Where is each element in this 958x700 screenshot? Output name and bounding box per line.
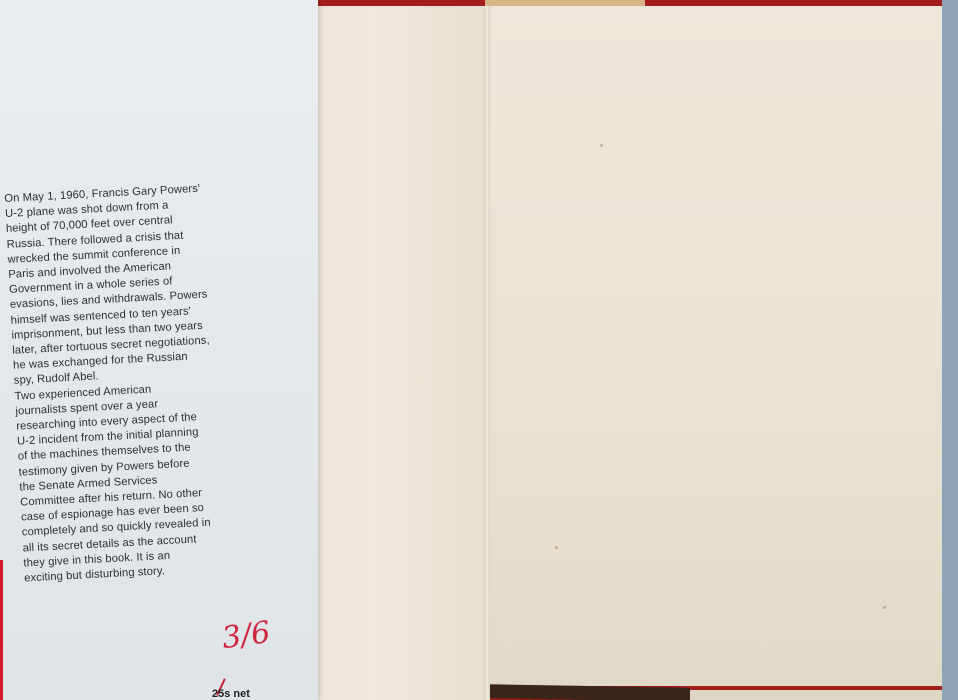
background-surface <box>942 0 958 700</box>
bottom-board-edge <box>490 684 690 700</box>
front-endpaper <box>297 6 487 700</box>
handwritten-price: 3/6 <box>220 615 273 656</box>
blurb-paragraph-2: Two experienced American journalists spe… <box>14 375 294 587</box>
printed-price: 25s net <box>212 688 250 700</box>
page-bottom-edge <box>690 690 942 700</box>
jacket-red-edge <box>0 560 3 700</box>
free-endpaper-page <box>490 6 942 686</box>
dust-jacket-flap: On May 1, 1960, Francis Gary Powers' U-2… <box>0 0 318 700</box>
flap-blurb: On May 1, 1960, Francis Gary Powers' U-2… <box>4 178 294 587</box>
blurb-paragraph-1: On May 1, 1960, Francis Gary Powers' U-2… <box>4 178 284 390</box>
foxing-spot <box>883 606 886 609</box>
foxing-spot <box>600 144 603 147</box>
foxing-spot <box>555 546 558 549</box>
